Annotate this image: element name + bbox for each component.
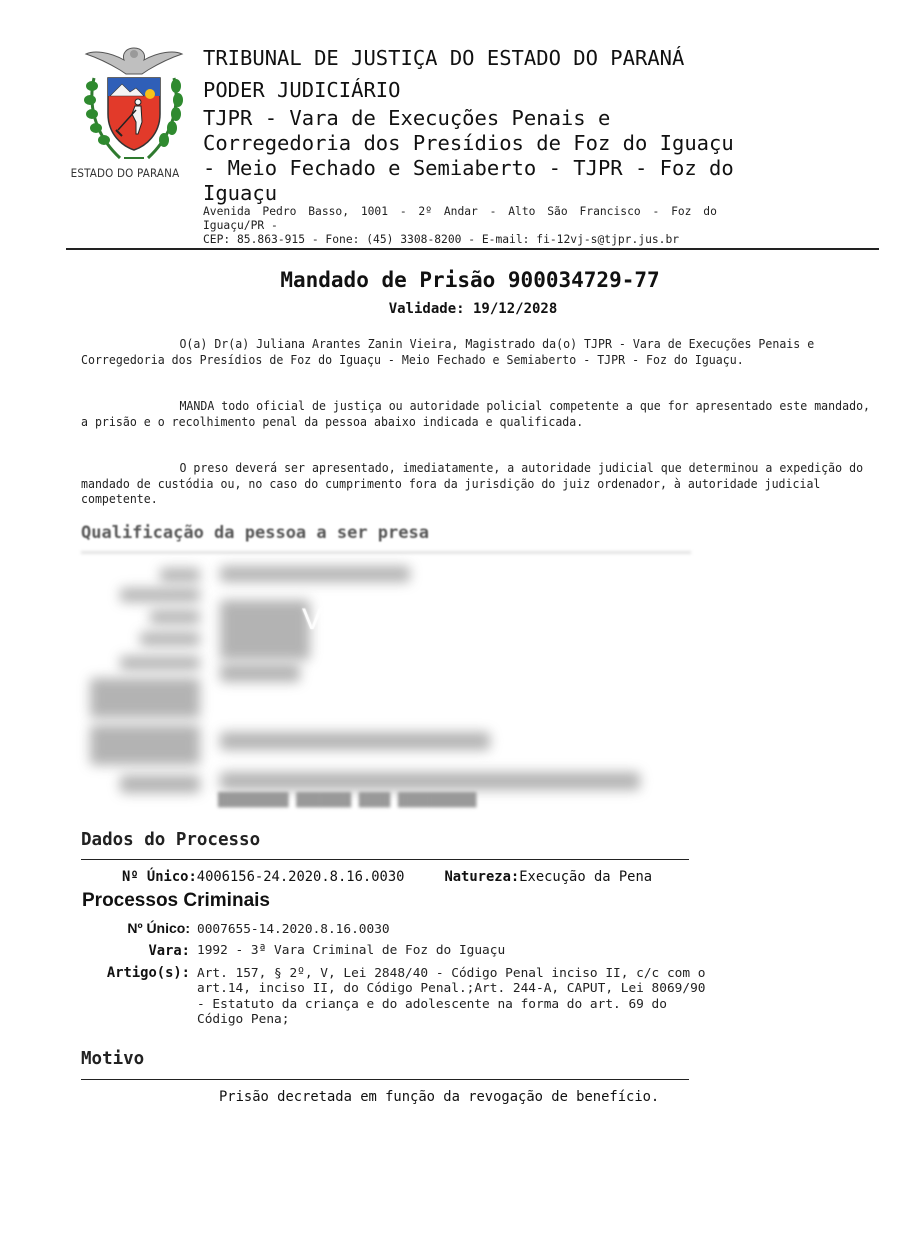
paragraph-text: O(a) Dr(a) Juliana Arantes Zanin Vieira,… xyxy=(81,336,814,367)
unit-line-2: Corregedoria dos Presídios de Foz do Igu… xyxy=(203,131,734,156)
artigos-value: Art. 157, § 2º, V, Lei 2848/40 - Código … xyxy=(197,966,717,1028)
numero-unico-value: 4006156-24.2020.8.16.0030 xyxy=(197,869,405,885)
branch-name: PODER JUDICIÁRIO xyxy=(203,78,400,103)
section-heading-qualificacao: Qualificação da pessoa a ser presa xyxy=(81,523,429,543)
court-name: TRIBUNAL DE JUSTIÇA DO ESTADO DO PARANÁ xyxy=(203,46,684,71)
section-heading-dados-processo: Dados do Processo xyxy=(81,830,260,850)
paragraph-magistrate: O(a) Dr(a) Juliana Arantes Zanin Vieira,… xyxy=(81,336,872,367)
redacted-phone-line: █████████ ███████ ████ ██████████ xyxy=(218,793,476,808)
document-title: Mandado de Prisão 900034729-77 xyxy=(0,268,907,292)
redacted-personal-data xyxy=(80,560,660,815)
criminal-numero-label: Nº Único: xyxy=(78,920,190,936)
natureza-label: Natureza: xyxy=(444,869,519,885)
paragraph-order: MANDA todo oficial de justiça ou autorid… xyxy=(81,398,872,429)
contact-line: CEP: 85.863-915 - Fone: (45) 3308-8200 -… xyxy=(203,233,679,247)
criminal-numero-value: 0007655-14.2020.8.16.0030 xyxy=(197,922,390,937)
vara-label: Vara: xyxy=(78,943,190,959)
unit-line-3: - Meio Fechado e Semiaberto - TJPR - Foz… xyxy=(203,156,734,181)
address-line-1: Avenida Pedro Basso, 1001 - 2º Andar - A… xyxy=(203,205,717,219)
crest-caption: ESTADO DO PARANA xyxy=(62,166,188,180)
dados-divider xyxy=(81,859,689,860)
dados-processo-row: Nº Único:4006156-24.2020.8.16.0030Nature… xyxy=(122,869,652,885)
numero-unico-label: Nº Único: xyxy=(122,869,197,885)
address-line-2: Iguaçu/PR - xyxy=(203,219,278,233)
unit-line-4: Iguaçu xyxy=(203,181,277,206)
section-heading-motivo: Motivo xyxy=(81,1049,144,1069)
qualificacao-divider xyxy=(81,552,691,553)
natureza-value: Execução da Pena xyxy=(519,869,652,885)
paragraph-text: O preso deverá ser apresentado, imediata… xyxy=(81,460,863,506)
artigos-label: Artigo(s): xyxy=(78,965,190,981)
paragraph-presentation: O preso deverá ser apresentado, imediata… xyxy=(81,460,872,507)
unit-line-1: TJPR - Vara de Execuções Penais e xyxy=(203,106,610,131)
vara-value: 1992 - 3ª Vara Criminal de Foz do Iguaçu xyxy=(197,943,505,958)
parana-coat-of-arms-logo xyxy=(80,44,188,168)
validity-date: Validade: 19/12/2028 xyxy=(0,301,907,317)
section-heading-processos-criminais: Processos Criminais xyxy=(82,890,270,912)
motivo-divider xyxy=(81,1079,689,1080)
paragraph-text: MANDA todo oficial de justiça ou autorid… xyxy=(81,398,870,429)
watermark-text: Vev xyxy=(302,603,352,637)
motivo-text: Prisão decretada em função da revogação … xyxy=(219,1089,659,1105)
header-divider xyxy=(66,248,879,250)
